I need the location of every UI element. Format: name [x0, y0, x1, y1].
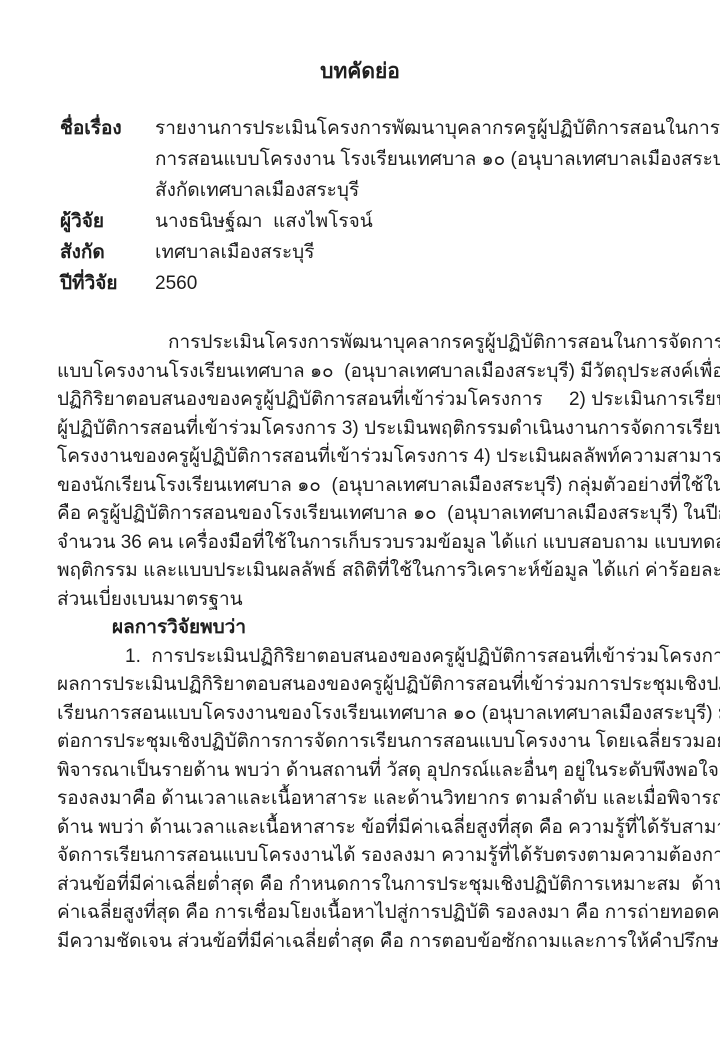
document-page: บทคัดย่อ ชื่อเรื่อง รายงานการประเมินโครง…: [0, 0, 720, 1040]
field-value-line: เทศบาลเมืองสระบุรี: [155, 237, 314, 268]
field-label-title: ชื่อเรื่อง: [60, 113, 155, 144]
paragraph-line: ของนักเรียนโรงเรียนเทศบาล ๑๐ (อนุบาลเทศบ…: [57, 472, 663, 501]
paragraph-line: ค่าเฉลี่ยสูงที่สุด คือ การเชื่อมโยงเนื้อ…: [57, 899, 663, 928]
paragraph-line: พฤติกรรม และแบบประเมินผลลัพธ์ สถิติที่ใช…: [57, 557, 663, 586]
field-value-title: รายงานการประเมินโครงการพัฒนาบุคลากรครูผู…: [155, 113, 720, 206]
field-row-title: ชื่อเรื่อง รายงานการประเมินโครงการพัฒนาบ…: [60, 113, 720, 206]
page-title: บทคัดย่อ: [0, 0, 720, 87]
paragraph-line: ต่อการประชุมเชิงปฏิบัติการการจัดการเรียน…: [57, 728, 663, 757]
field-value-line: นางธนิษฐ์ฌา แสงไพโรจน์: [155, 206, 373, 237]
field-label-affiliation: สังกัด: [60, 237, 155, 268]
paragraph-line: ด้าน พบว่า ด้านเวลาและเนื้อหาสาระ ข้อที่…: [57, 814, 663, 843]
field-value-affiliation: เทศบาลเมืองสระบุรี: [155, 237, 314, 268]
paragraph-line: 1. การประเมินปฏิกิริยาตอบสนองของครูผู้ปฏ…: [57, 643, 663, 672]
paragraph-line: เรียนการสอนแบบโครงงานของโรงเรียนเทศบาล ๑…: [57, 700, 663, 729]
paragraph-line: ผลการประเมินปฏิกิริยาตอบสนองของครูผู้ปฏิ…: [57, 671, 663, 700]
paragraph-line: ผู้ปฏิบัติการสอนที่เข้าร่วมโครงการ 3) ปร…: [57, 415, 663, 444]
field-row-year: ปีที่วิจัย 2560: [60, 268, 720, 299]
paragraph-line: คือ ครูผู้ปฏิบัติการสอนของโรงเรียนเทศบาล…: [57, 500, 663, 529]
field-value-line: การสอนแบบโครงงาน โรงเรียนเทศบาล ๑๐ (อนุบ…: [155, 144, 720, 175]
field-row-researcher: ผู้วิจัย นางธนิษฐ์ฌา แสงไพโรจน์: [60, 206, 720, 237]
results-heading: ผลการวิจัยพบว่า: [57, 614, 663, 643]
metadata-fields: ชื่อเรื่อง รายงานการประเมินโครงการพัฒนาบ…: [60, 113, 720, 299]
paragraph-line: ส่วนเบี่ยงเบนมาตรฐาน: [57, 586, 663, 615]
field-value-line: สังกัดเทศบาลเมืองสระบุรี: [155, 175, 720, 206]
field-row-affiliation: สังกัด เทศบาลเมืองสระบุรี: [60, 237, 720, 268]
field-label-researcher: ผู้วิจัย: [60, 206, 155, 237]
paragraph-line: ปฏิกิริยาตอบสนองของครูผู้ปฏิบัติการสอนที…: [57, 386, 663, 415]
paragraph-line: มีความชัดเจน ส่วนข้อที่มีค่าเฉลี่ยต่ำสุด…: [57, 928, 663, 957]
paragraph-2: 1. การประเมินปฏิกิริยาตอบสนองของครูผู้ปฏ…: [57, 643, 663, 957]
field-value-researcher: นางธนิษฐ์ฌา แสงไพโรจน์: [155, 206, 373, 237]
paragraph-line: รองลงมาคือ ด้านเวลาและเนื้อหาสาระ และด้า…: [57, 785, 663, 814]
field-label-year: ปีที่วิจัย: [60, 268, 155, 299]
field-value-line: 2560: [155, 268, 197, 299]
paragraph-1: การประเมินโครงการพัฒนาบุคลากรครูผู้ปฏิบั…: [57, 329, 663, 614]
paragraph-line: จำนวน 36 คน เครื่องมือที่ใช้ในการเก็บรวบ…: [57, 529, 663, 558]
field-value-year: 2560: [155, 268, 197, 299]
paragraph-line: การประเมินโครงการพัฒนาบุคลากรครูผู้ปฏิบั…: [57, 329, 663, 358]
paragraph-line: พิจารณาเป็นรายด้าน พบว่า ด้านสถานที่ วัส…: [57, 757, 663, 786]
paragraph-line: โครงงานของครูผู้ปฏิบัติการสอนที่เข้าร่วม…: [57, 443, 663, 472]
field-value-line: รายงานการประเมินโครงการพัฒนาบุคลากรครูผู…: [155, 113, 720, 144]
paragraph-line: แบบโครงงานโรงเรียนเทศบาล ๑๐ (อนุบาลเทศบา…: [57, 358, 663, 387]
paragraph-line: จัดการเรียนการสอนแบบโครงงานได้ รองลงมา ค…: [57, 842, 663, 871]
abstract-body: การประเมินโครงการพัฒนาบุคลากรครูผู้ปฏิบั…: [57, 329, 663, 956]
paragraph-line: ส่วนข้อที่มีค่าเฉลี่ยต่ำสุด คือ กำหนดการ…: [57, 871, 663, 900]
